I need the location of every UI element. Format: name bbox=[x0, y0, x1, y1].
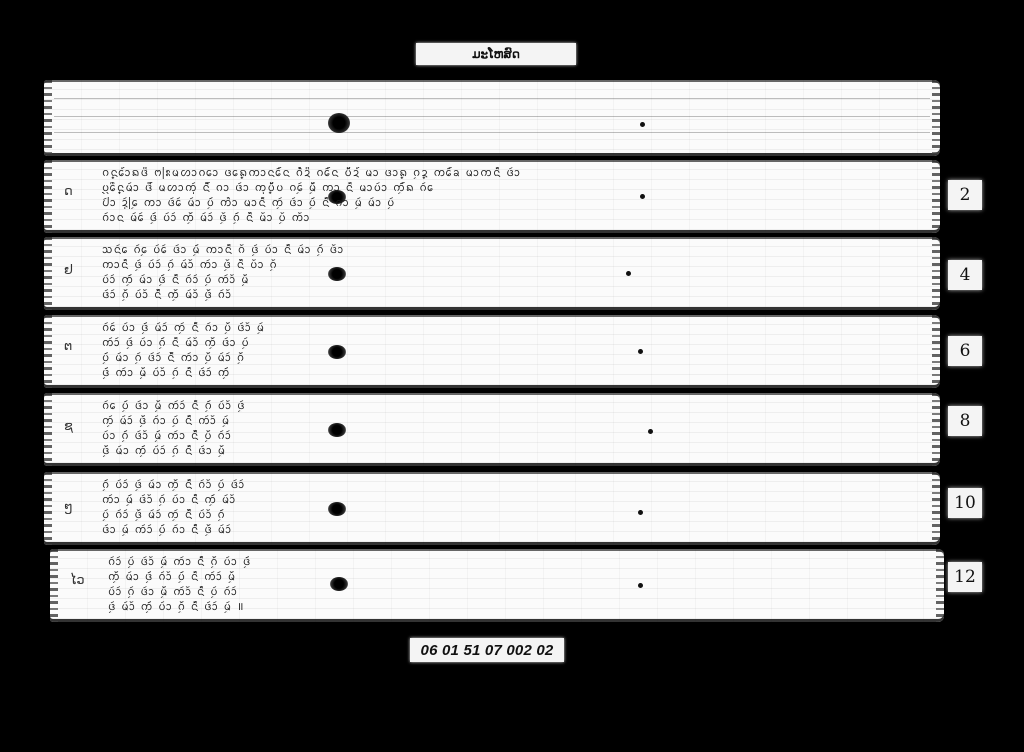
script-line: ᨷᩢᩬᩢ ᨾᩢᩣ ᨣᩢᩬ ᨴᩢᩣᩢ ᨶᩢᩫᩢᩢ ᨠᩢᩣ ᨷᩢᩬᩢᩢ ᨾᩢᩣᩢ ᨣ… bbox=[102, 352, 912, 364]
script-lines: ᨣᩢᩣᩢ ᨷᩢᩬ ᨴᩢᩣᩢᩢ ᨾᩢᩬᩢ ᨠᩢᩣ ᨶᩢᩫᩢ ᨣᩢᩬᩢᩢ ᨷᩢᩣ ᨴ… bbox=[108, 555, 916, 614]
script-line: ᨴᩢᩬᩢᩢ ᨾᩢᩣ ᨠᩢᩬᩢ ᨷᩢᩣᩢ ᨣᩢᩬ ᨶᩢᩫ ᨴᩢᩣ ᨾᩢᩬᩢᩢ bbox=[102, 445, 912, 457]
script-line: ᨷᩢᩣᩢ ᨠᩢᩬᩢ ᨾᩢᩣ ᨴᩢᩬᩢ ᨶᩢᩫᩢ ᨣᩢᩣᩢ ᨷᩢᩬᩢ ᨠᩢᩣᩢᩢ … bbox=[102, 274, 912, 286]
string-hole bbox=[328, 113, 350, 133]
script-line: ᨴᩢᩣᩢ ᨣᩢᩬᩢᩢ ᨷᩢᩣᩢᩢ ᨶᩢᩫᩢᩢ ᨠᩢᩬᩢᩢ ᨾᩢᩣᩢᩢ ᨴᩢᩬᩢᩢ… bbox=[102, 289, 912, 301]
leaf-edge-left bbox=[44, 80, 52, 156]
script-line: ᨣᩢᩮᩢ ᨷᩢᩣ ᨴᩢᩬᩢ ᨾᩢᩣᩢ ᨠᩢᩬ ᨶᩢᩫᩢ ᨣᩢᩣ ᨷᩢᩬᩢᩢ ᨴᩢ… bbox=[102, 322, 912, 334]
script-lines: ᨣ᩠ᨶᩮ᩶ᩣᨦᨴᩦ ᨻᩕᩡᨾᩉᩣᨣᩮᩣ ᨴᩮ᩠ᨦᨠᩣᨶᩮᩢ᩶ᨶ ᨣᩫᩴᨯᩦ ᨣᩮ… bbox=[102, 166, 912, 225]
leaf-margin-numeral: ຕ bbox=[64, 339, 72, 354]
leaf-streak bbox=[54, 132, 930, 133]
script-line: ᨣᩢᩮ ᨷᩢᩬᩢ ᨴᩢᩣ ᨾᩢᩬᩢᩢ ᨠᩢᩣᩢ ᨶᩢᩫ ᨣᩢᩬᩢ ᨷᩢᩣᩢᩢ ᨴ… bbox=[102, 400, 912, 412]
palm-leaf-2: ດ ᨣ᩠ᨶᩮ᩶ᩣᨦᨴᩦ ᨻᩕᩡᨾᩉᩣᨣᩮᩣ ᨴᩮ᩠ᨦᨠᩣᨶᩮᩢ᩶ᨶ ᨣᩫᩴᨯᩦ … bbox=[44, 160, 940, 233]
page-number-label: 10 bbox=[948, 488, 982, 518]
leaf-edge-left bbox=[44, 315, 52, 388]
leaf-edge-left bbox=[44, 237, 52, 310]
palm-leaf-cover bbox=[44, 80, 940, 156]
leaf-edge-left bbox=[44, 472, 52, 545]
leaf-edge-right bbox=[932, 160, 940, 233]
page-number-label: 6 bbox=[948, 336, 982, 366]
leaf-streak bbox=[54, 98, 930, 99]
leaf-edge-left bbox=[50, 549, 58, 622]
script-line: ᨣᩢᩣᩢ ᨷᩢᩬ ᨴᩢᩣᩢᩢ ᨾᩢᩬᩢ ᨠᩢᩣ ᨶᩢᩫᩢ ᨣᩢᩬᩢᩢ ᨷᩢᩣ ᨴ… bbox=[108, 556, 916, 568]
script-line: ᨴᩢᩬᩢ ᨠᩢᩣ ᨾᩢᩬᩢᩢ ᨷᩢᩣᩢᩢ ᨣᩢᩬ ᨶᩢᩫ ᨴᩢᩣᩢ ᨠᩢᩬᩢ bbox=[102, 367, 912, 379]
catalog-id-label: 06 01 51 07 002 02 bbox=[410, 638, 564, 662]
leaf-edge-right bbox=[932, 80, 940, 156]
leaf-streak bbox=[54, 116, 930, 117]
script-line: ᨷᩢᩣ ᨣᩢᩬᩢ ᨴᩢᩣᩢᩢ ᨾᩢᩬᩢ ᨠᩢᩣ ᨶᩢᩫᩢᩢ ᨷᩢᩬᩢᩢ ᨣᩢᩣᩢ bbox=[102, 430, 912, 442]
script-line: ᨷᩖᩮᩨ᩠ᨶᨾᩢᩣ ᨴᩦ᩶ ᨾᩉᩣᨠᩩᩢ ᨶᩢᩫ᩶ ᨣᩣ ᨴᩢᩣ ᨠᩩ᩠ᨷᩥᩢᨷ… bbox=[102, 182, 912, 194]
script-line: ᨠᩢᩣ ᨾᩢᩬᩢ ᨴᩢᩣᩢᩢ ᨣᩢᩬ ᨷᩢᩣ ᨶᩢᩫ ᨠᩢᩬᩢ ᨾᩢᩣᩢᩢ bbox=[102, 494, 912, 506]
page-number-label: 4 bbox=[948, 260, 982, 290]
palm-leaf-12: ໄວ ᨣᩢᩣᩢ ᨷᩢᩬ ᨴᩢᩣᩢᩢ ᨾᩢᩬᩢ ᨠᩢᩣ ᨶᩢᩫᩢ ᨣᩢᩬᩢᩢ ᨷᩢ… bbox=[50, 549, 944, 622]
leaf-edge-right bbox=[932, 472, 940, 545]
script-line: ᨣᩢᩬᩢ ᨷᩢᩣᩢ ᨴᩢᩬ ᨾᩢᩣ ᨠᩢᩬᩢᩢ ᨶᩢᩫᩢ ᨣᩢᩣᩢᩢ ᨷᩢᩬ ᨴ… bbox=[102, 479, 912, 491]
script-line: ᨴᩢᩣ ᨾᩢᩬ ᨠᩢᩣᩢ ᨷᩢᩬᩢ ᨣᩢᩣ ᨶᩢᩫᩢ ᨴᩢᩬᩢᩢ ᨾᩢᩣᩢ bbox=[102, 524, 912, 536]
leaf-edge-right bbox=[932, 237, 940, 310]
script-line: ᨸᩢᩣ ᨯᩩᩢᩕᩮᩬ ᨠᩣ ᨴᩢᩮᩢ ᨾᩢᩣ ᨷᩢᩬᩢ ᨠᩫᩣ ᨾᩣᨶᩢᩫ ᨠᩢ… bbox=[102, 197, 912, 209]
script-line: ᨠᩢᩬᩢᩢ ᨾᩢᩣ ᨴᩢᩬᩢ ᨣᩢᩣᩢᩢ ᨷᩢᩬᩢ ᨶᩢᩫ ᨠᩢᩣᩢ ᨾᩢᩬᩢᩢ bbox=[108, 571, 916, 583]
script-line: ᨠᩢᩣᩢ ᨴᩢᩬ ᨷᩢᩣ ᨣᩢᩬᩢ ᨶᩢᩫ ᨾᩢᩣᩢᩢ ᨠᩢᩬᩢᩢ ᨴᩢᩣ ᨷᩢ… bbox=[102, 337, 912, 349]
page-number-label: 8 bbox=[948, 406, 982, 436]
script-line: ᨠᩣᨶᩢᩫ ᨴᩢᩬ ᨷᩢᩣᩢ ᨣᩢᩬ ᨾᩢᩣᩢᩢ ᨠᩢᩣ ᨴᩢᩢᩬ ᨶᩢᩢᩫ ᨷ… bbox=[102, 259, 912, 271]
script-line: ᨣ᩠ᨶᩮ᩶ᩣᨦᨴᩦ ᨻᩕᩡᨾᩉᩣᨣᩮᩣ ᨴᩮ᩠ᨦᨠᩣᨶᩮᩢ᩶ᨶ ᨣᩫᩴᨯᩦ ᨣᩮ… bbox=[102, 167, 912, 179]
script-line: ᨣᩢᩣᨶ ᨾᩢᩮᩢ ᨴᩢᩬᩢ ᨷᩢᩣᩢ ᨠᩢᩬᩢᩢ ᨾᩢᩣᩢ ᨴᩢᩢᩬ ᨣᩢᩬᩢ… bbox=[102, 212, 912, 224]
leaf-edge-right bbox=[932, 393, 940, 466]
page-number-label: 2 bbox=[948, 180, 982, 210]
palm-leaf-8: ຊ ᨣᩢᩮ ᨷᩢᩬᩢ ᨴᩢᩣ ᨾᩢᩬᩢᩢ ᨠᩢᩣᩢ ᨶᩢᩫ ᨣᩢᩬᩢ ᨷᩢᩣᩢᩢ… bbox=[44, 393, 940, 466]
script-line: ᨠᩢᩬ ᨾᩢᩣᩢ ᨴᩢᩬᩢᩢ ᨣᩢᩣ ᨷᩢᩬ ᨶᩢᩫᩢ ᨠᩢᩣᩢᩢ ᨾᩢᩬ bbox=[102, 415, 912, 427]
palm-leaf-6: ຕ ᨣᩢᩮᩢ ᨷᩢᩣ ᨴᩢᩬᩢ ᨾᩢᩣᩢ ᨠᩢᩬ ᨶᩢᩫᩢ ᨣᩢᩣ ᨷᩢᩬᩢᩢ … bbox=[44, 315, 940, 388]
script-line: ᨷᩢᩬ ᨣᩢᩣᩢ ᨴᩢᩬᩢᩢ ᨾᩢᩣᩢ ᨠᩢᩬ ᨶᩢᩫᩢᩢ ᨷᩢᩣᩢᩢ ᨣᩢᩬᩢ bbox=[102, 509, 912, 521]
script-lines: ᨣᩢᩮ ᨷᩢᩬᩢ ᨴᩢᩣ ᨾᩢᩬᩢᩢ ᨠᩢᩣᩢ ᨶᩢᩫ ᨣᩢᩬᩢ ᨷᩢᩣᩢᩢ ᨴ… bbox=[102, 399, 912, 458]
script-lines: ᨣᩢᩮᩢ ᨷᩢᩣ ᨴᩢᩬᩢ ᨾᩢᩣᩢ ᨠᩢᩬ ᨶᩢᩫᩢ ᨣᩢᩣ ᨷᩢᩬᩢᩢ ᨴᩢ… bbox=[102, 321, 912, 380]
palm-leaf-4: ຢ ᩈᨶᩢᩮ ᨣᩢᩮᩬ ᨷᩢᩮᩢ ᨴᩢᩣ ᨾᩢᩬᩢ ᨠᩣᨶᩢᩫ ᨣᩢᩢ ᨴᩢᩬ … bbox=[44, 237, 940, 310]
leaf-margin-numeral: ຢ bbox=[64, 263, 73, 278]
palm-leaf-10: ໆ ᨣᩢᩬᩢ ᨷᩢᩣᩢ ᨴᩢᩬ ᨾᩢᩣ ᨠᩢᩬᩢᩢ ᨶᩢᩫᩢ ᨣᩢᩣᩢᩢ ᨷᩢᩬ… bbox=[44, 472, 940, 545]
leaf-edge-left bbox=[44, 160, 52, 233]
leaf-edge-left bbox=[44, 393, 52, 466]
leaf-edge-right bbox=[932, 315, 940, 388]
manuscript-title-label: ມະໂຫສົດ bbox=[416, 43, 576, 65]
script-lines: ᨣᩢᩬᩢ ᨷᩢᩣᩢ ᨴᩢᩬ ᨾᩢᩣ ᨠᩢᩬᩢᩢ ᨶᩢᩫᩢ ᨣᩢᩣᩢᩢ ᨷᩢᩬ ᨴ… bbox=[102, 478, 912, 537]
leaf-edge-right bbox=[936, 549, 944, 622]
leaf-margin-numeral: ດ bbox=[64, 184, 73, 199]
binding-dot bbox=[640, 122, 645, 127]
script-line: ᨷᩢᩣᩢ ᨣᩢᩬ ᨴᩢᩣ ᨾᩢᩬᩢᩢ ᨠᩢᩣᩢᩢ ᨶᩢᩫ ᨷᩢᩬ ᨣᩢᩣᩢ bbox=[108, 586, 916, 598]
script-lines: ᩈᨶᩢᩮ ᨣᩢᩮᩬ ᨷᩢᩮᩢ ᨴᩢᩣ ᨾᩢᩬᩢ ᨠᩣᨶᩢᩫ ᨣᩢᩢ ᨴᩢᩬ ᨷᩢ… bbox=[102, 243, 912, 302]
leaf-margin-numeral: ໆ bbox=[64, 500, 73, 515]
page-number-label: 12 bbox=[948, 562, 982, 592]
script-line: ᩈᨶᩢᩮ ᨣᩢᩮᩬ ᨷᩢᩮᩢ ᨴᩢᩣ ᨾᩢᩬᩢ ᨠᩣᨶᩢᩫ ᨣᩢᩢ ᨴᩢᩬ ᨷᩢ… bbox=[102, 244, 912, 256]
leaf-margin-numeral: ໄວ bbox=[70, 573, 85, 588]
leaf-margin-numeral: ຊ bbox=[64, 419, 73, 434]
script-line: ᨴᩢᩬ ᨾᩢᩣᩢᩢ ᨠᩢᩬᩢ ᨷᩢᩣ ᨣᩢᩬᩢᩢ ᨶᩢᩫᩢ ᨴᩢᩣᩢ ᨾᩢᩬ ॥ bbox=[108, 601, 916, 613]
